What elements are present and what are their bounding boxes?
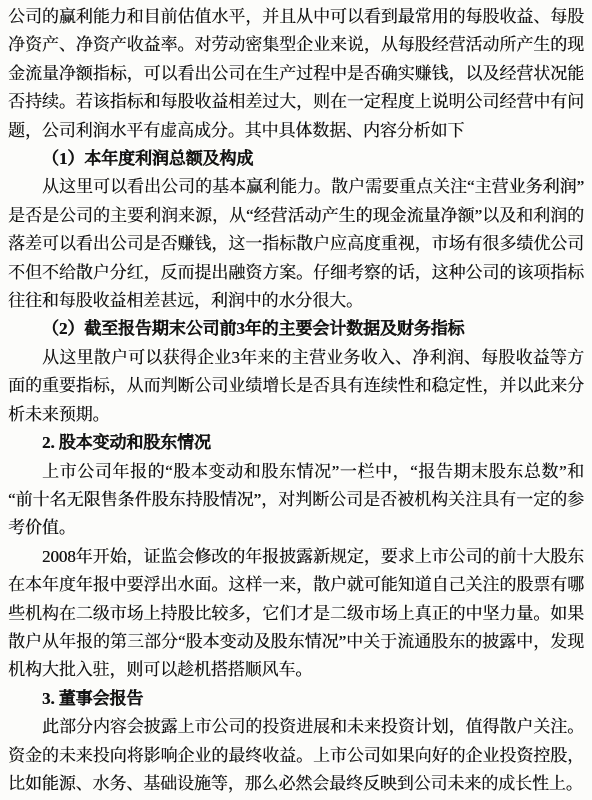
paragraph: 2008年开始，证监会修改的年报披露新规定，要求上市公司的前十大股东在本年度年报… <box>8 543 584 685</box>
paragraph-continuation: 公司的赢利能力和目前估值水平，并且从中可以看到最常用的每股收益、每股净资产、净资… <box>8 3 584 145</box>
section-heading-profit-total: （1）本年度利润总额及构成 <box>8 145 584 173</box>
document-page: 公司的赢利能力和目前估值水平，并且从中可以看到最常用的每股收益、每股净资产、净资… <box>0 0 592 800</box>
paragraph: 此部分内容会披露上市公司的投资进展和未来投资计划，值得散户关注。资金的未来投向将… <box>8 713 584 798</box>
paragraph: 上市公司年报的“股本变动和股东情况”一栏中，“报告期末股东总数”和“前十名无限售… <box>8 458 584 543</box>
section-heading-share-changes: 2. 股本变动和股东情况 <box>8 429 584 457</box>
paragraph: 从这里可以看出公司的基本赢利能力。散户需要重点关注“主营业务利润”是否是公司的主… <box>8 173 584 315</box>
section-heading-3yr-data: （2）截至报告期末公司前3年的主要会计数据及财务指标 <box>8 315 584 343</box>
paragraph: 从这里散户可以获得企业3年来的主营业务收入、净利润、每股收益等方面的重要指标，从… <box>8 344 584 429</box>
section-heading-board-report: 3. 董事会报告 <box>8 685 584 713</box>
